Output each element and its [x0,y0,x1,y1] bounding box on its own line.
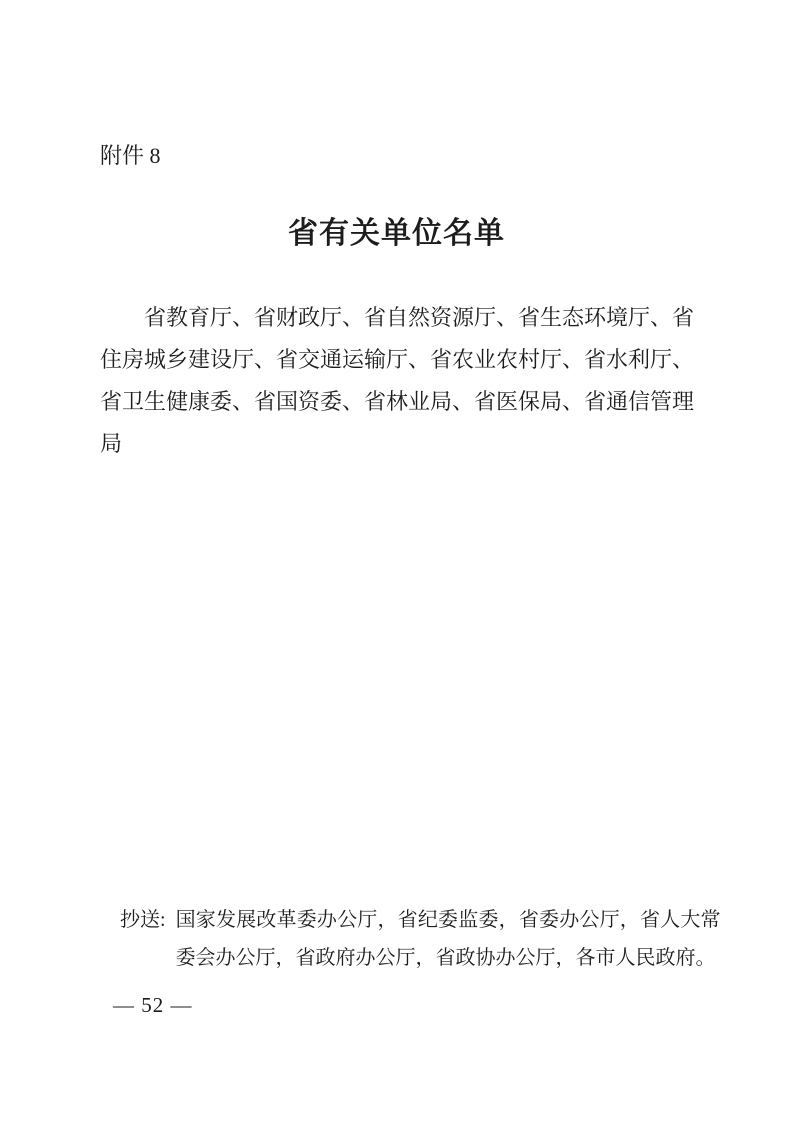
document-title: 省有关单位名单 [0,214,793,254]
document-page: 附件 8 省有关单位名单 省教育厅、省财政厅、省自然资源厅、省生态环境厅、省住房… [0,0,793,1122]
cc-text: 国家发展改革委办公厅，省纪委监委，省委办公厅，省人大常委会办公厅，省政府办公厅，… [176,901,721,977]
attachment-label: 附件 8 [100,141,161,171]
cc-block: 抄送: 国家发展改革委办公厅，省纪委监委，省委办公厅，省人大常委会办公厅，省政府… [120,901,721,977]
body-paragraph: 省教育厅、省财政厅、省自然资源厅、省生态环境厅、省住房城乡建设厅、省交通运输厅、… [100,297,694,465]
page-number: — 52 — [113,991,193,1019]
cc-label: 抄送: [120,901,166,939]
